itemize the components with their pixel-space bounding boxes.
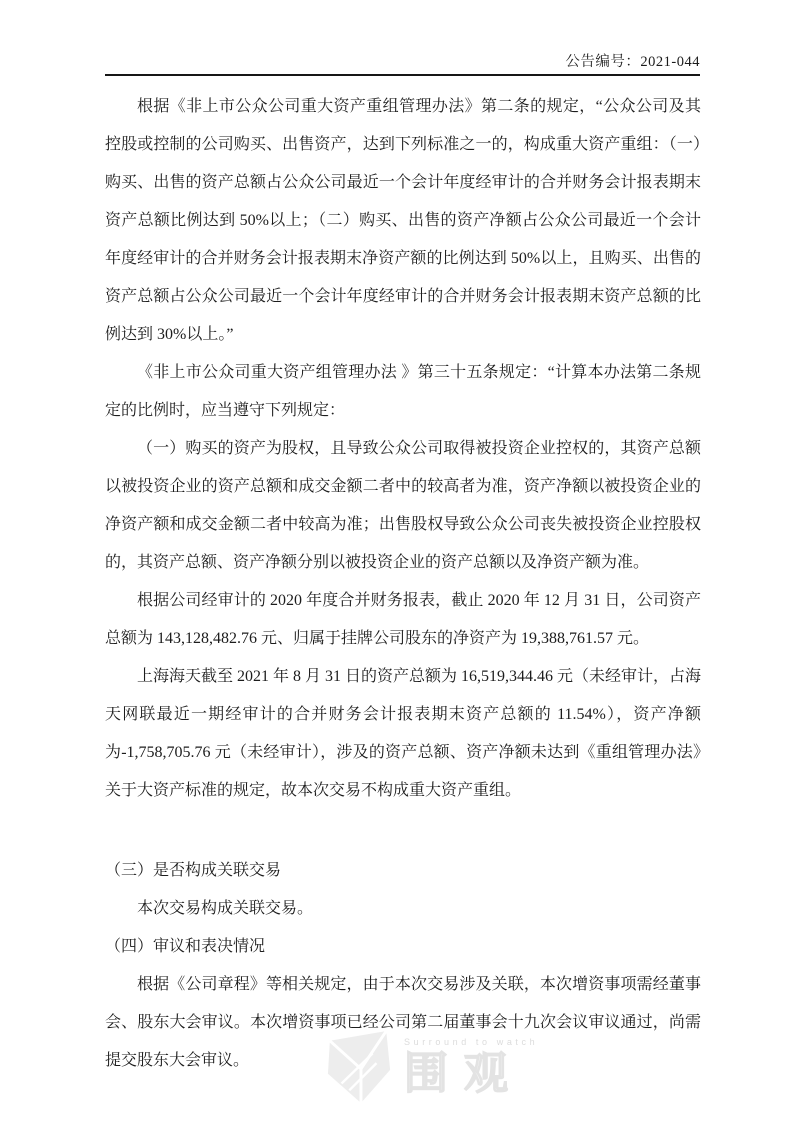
watermark-text: Surround to watch 围观 <box>404 1028 538 1098</box>
paragraph-article35-intro: 《非上市公众司重大资产组管理办法 》第三十五条规定：“计算本办法第二条规定的比例… <box>105 354 701 430</box>
watermark: Surround to watch 围观 <box>326 1028 538 1106</box>
watermark-slogan: Surround to watch <box>404 1037 538 1047</box>
shield-logo-icon <box>326 1028 394 1106</box>
page-header: 公告编号：2021-044 <box>105 50 700 71</box>
section-heading-related-transaction: （三）是否构成关联交易 <box>105 852 701 890</box>
section-heading-review-voting: （四）审议和表决情况 <box>105 928 701 966</box>
watermark-brand: 围观 <box>404 1050 538 1098</box>
paragraph-article35-item1: （一）购买的资产为股权，且导致公众公司取得被投资企业控权的，其资产总额以被投资企… <box>105 430 701 582</box>
header-divider <box>105 74 700 76</box>
paragraph-audited-2020-financials: 根据公司经审计的 2020 年度合并财务报表，截止 2020 年 12 月 31… <box>105 582 701 658</box>
announcement-number: 公告编号：2021-044 <box>565 54 700 70</box>
document-page: 公告编号：2021-044 根据《非上市公众公司重大资产重组管理办法》第二条的规… <box>0 0 800 1131</box>
paragraph-major-restructure-article2: 根据《非上市公众公司重大资产重组管理办法》第二条的规定，“公众公司及其控股或控制… <box>105 88 701 354</box>
document-body: 根据《非上市公众公司重大资产重组管理办法》第二条的规定，“公众公司及其控股或控制… <box>105 88 701 1080</box>
paragraph-shanghai-haitian-assets: 上海海天截至 2021 年 8 月 31 日的资产总额为 16,519,344.… <box>105 658 701 810</box>
paragraph-constitutes-related-transaction: 本次交易构成关联交易。 <box>105 890 701 928</box>
